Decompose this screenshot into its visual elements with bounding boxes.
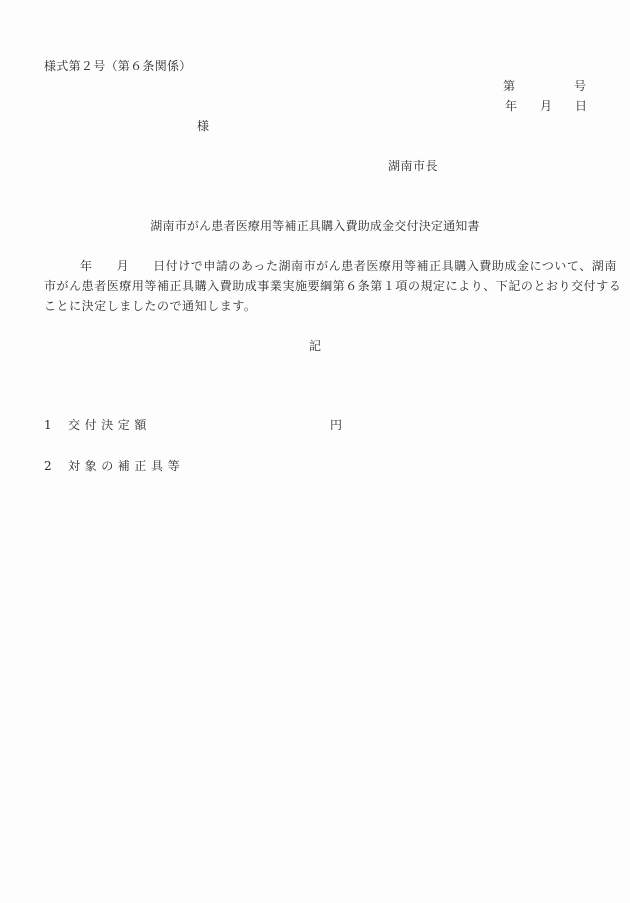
recipient-honorific: 様 [197,119,209,133]
date-day-label: 日 [575,99,587,113]
date-year-label: 年 [505,99,517,113]
body-paragraph-line-3: ことに決定しましたので通知します。 [44,299,585,313]
ki-heading: 記 [0,339,630,353]
doc-number-prefix: 第 [503,79,515,93]
body-paragraph-line-2: 市がん患者医療用等補正具購入費助成事業実施要綱第６条第１項の規定により、下記のと… [44,279,585,293]
item-number: 1 [44,418,68,432]
item-label: 対象の補正具等 [68,459,184,473]
body-month-label: 月 [117,259,130,273]
body-paragraph-line-1: 年月日付けで申請のあった湖南市がん患者医療用等補正具購入費助成金について、湖南 [44,259,585,273]
item-number: 2 [44,459,68,473]
form-number: 様式第２号（第６条関係） [44,59,192,73]
date-month-label: 月 [540,99,552,113]
doc-number-suffix: 号 [574,79,586,93]
yen-unit: 円 [330,418,342,432]
document-page: { "header": { "form_number": "様式第２号（第６条関… [0,0,630,903]
item-target-devices: 2対象の補正具等 [44,459,184,473]
issuer-name: 湖南市長 [388,159,438,173]
body-year-label: 年 [80,259,93,273]
item-grant-amount: 1交付決定額 [44,418,151,432]
item-label: 交付決定額 [68,418,151,432]
document-title: 湖南市がん患者医療用等補正具購入費助成金交付決定通知書 [0,219,630,233]
body-line-1-text: 日付けで申請のあった湖南市がん患者医療用等補正具購入費助成金について、湖南 [153,259,617,273]
